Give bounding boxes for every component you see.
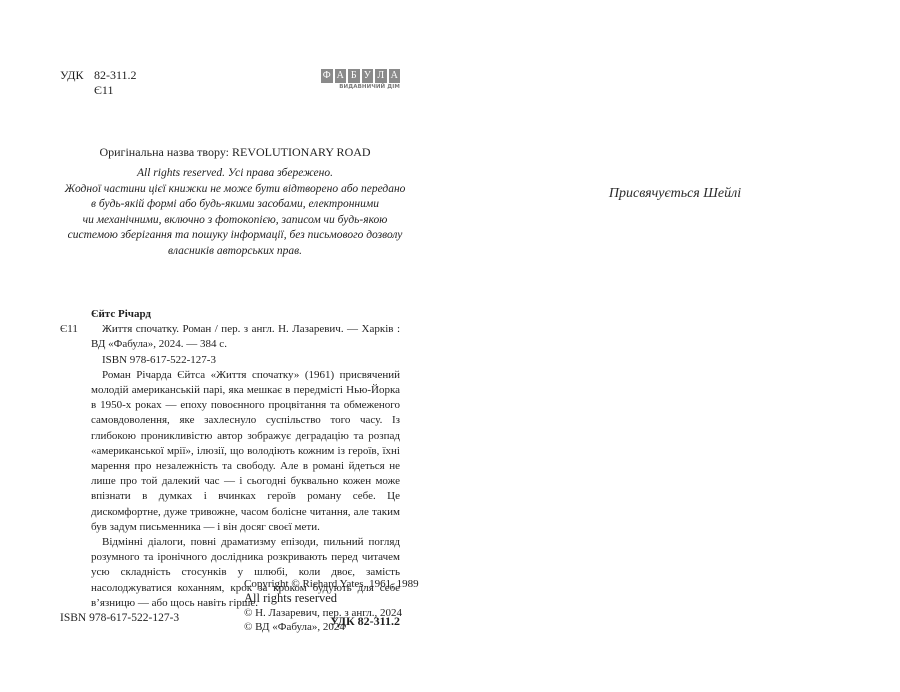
book-spread: УДК 82-311.2 Є11 Ф А Б У Л А ВИДАВНИЧИЙ … [0, 0, 900, 692]
publisher-logo: Ф А Б У Л А ВИДАВНИЧИЙ ДІМ [321, 69, 400, 90]
catalog-title-row: Є11 Життя спочатку. Роман / пер. з англ.… [60, 322, 400, 352]
isbn-bottom: ISBN 978-617-522-127-3 [60, 612, 179, 624]
copyright-block: Copyright © Richard Yates, 1961, 1989 Al… [244, 577, 419, 634]
catalog-author: Єйтс Річард [60, 307, 400, 322]
logo-letter: Л [375, 69, 387, 83]
logo-subtitle: ВИДАВНИЧИЙ ДІМ [321, 84, 400, 90]
catalog-author-mark: Є11 [60, 322, 78, 337]
copyright-page: УДК 82-311.2 Є11 Ф А Б У Л А ВИДАВНИЧИЙ … [0, 0, 450, 692]
copyright-line: © ВД «Фабула», 2024 [244, 620, 419, 634]
dedication-page: Присвячується Шейлі [450, 0, 900, 692]
dedication: Присвячується Шейлі [450, 186, 900, 202]
udk-code: 82-311.2 [90, 68, 137, 83]
udk-header: УДК 82-311.2 Є11 [60, 68, 137, 98]
catalog-isbn: ISBN 978-617-522-127-3 [60, 353, 400, 368]
logo-letter: У [362, 69, 374, 83]
rights-line: системою зберігання та пошуку інформації… [40, 228, 430, 244]
logo-letter: Б [348, 69, 360, 83]
rights-line: в будь-якій формі або будь-якими засобам… [40, 197, 430, 213]
logo-letters: Ф А Б У Л А [321, 69, 400, 83]
rights-notice: All rights reserved. Усі права збережено… [40, 166, 430, 260]
rights-line: Жодної частини цієї книжки не може бути … [40, 182, 430, 198]
annotation-paragraph: Роман Річарда Єйтса «Життя спочатку» (19… [91, 368, 400, 535]
catalog-annotation: Роман Річарда Єйтса «Життя спочатку» (19… [60, 368, 400, 611]
catalog-title: Життя спочатку. Роман / пер. з англ. Н. … [91, 322, 400, 352]
rights-line: власників авторських прав. [40, 244, 430, 260]
original-title: Оригінальна назва твору: REVOLUTIONARY R… [50, 145, 420, 160]
logo-letter: А [335, 69, 347, 83]
author-mark: Є11 [60, 83, 137, 98]
copyright-line: © Н. Лазаревич, пер. з англ., 2024 [244, 606, 419, 620]
rights-line: чи механічними, включно з фотокопією, за… [40, 213, 430, 229]
logo-letter: Ф [321, 69, 333, 83]
rights-line: All rights reserved. Усі права збережено… [40, 166, 430, 182]
logo-letter: А [389, 69, 401, 83]
copyright-line: Copyright © Richard Yates, 1961, 1989 [244, 577, 419, 591]
udk-label: УДК [60, 68, 90, 83]
copyright-line: All rights reserved [244, 591, 419, 606]
